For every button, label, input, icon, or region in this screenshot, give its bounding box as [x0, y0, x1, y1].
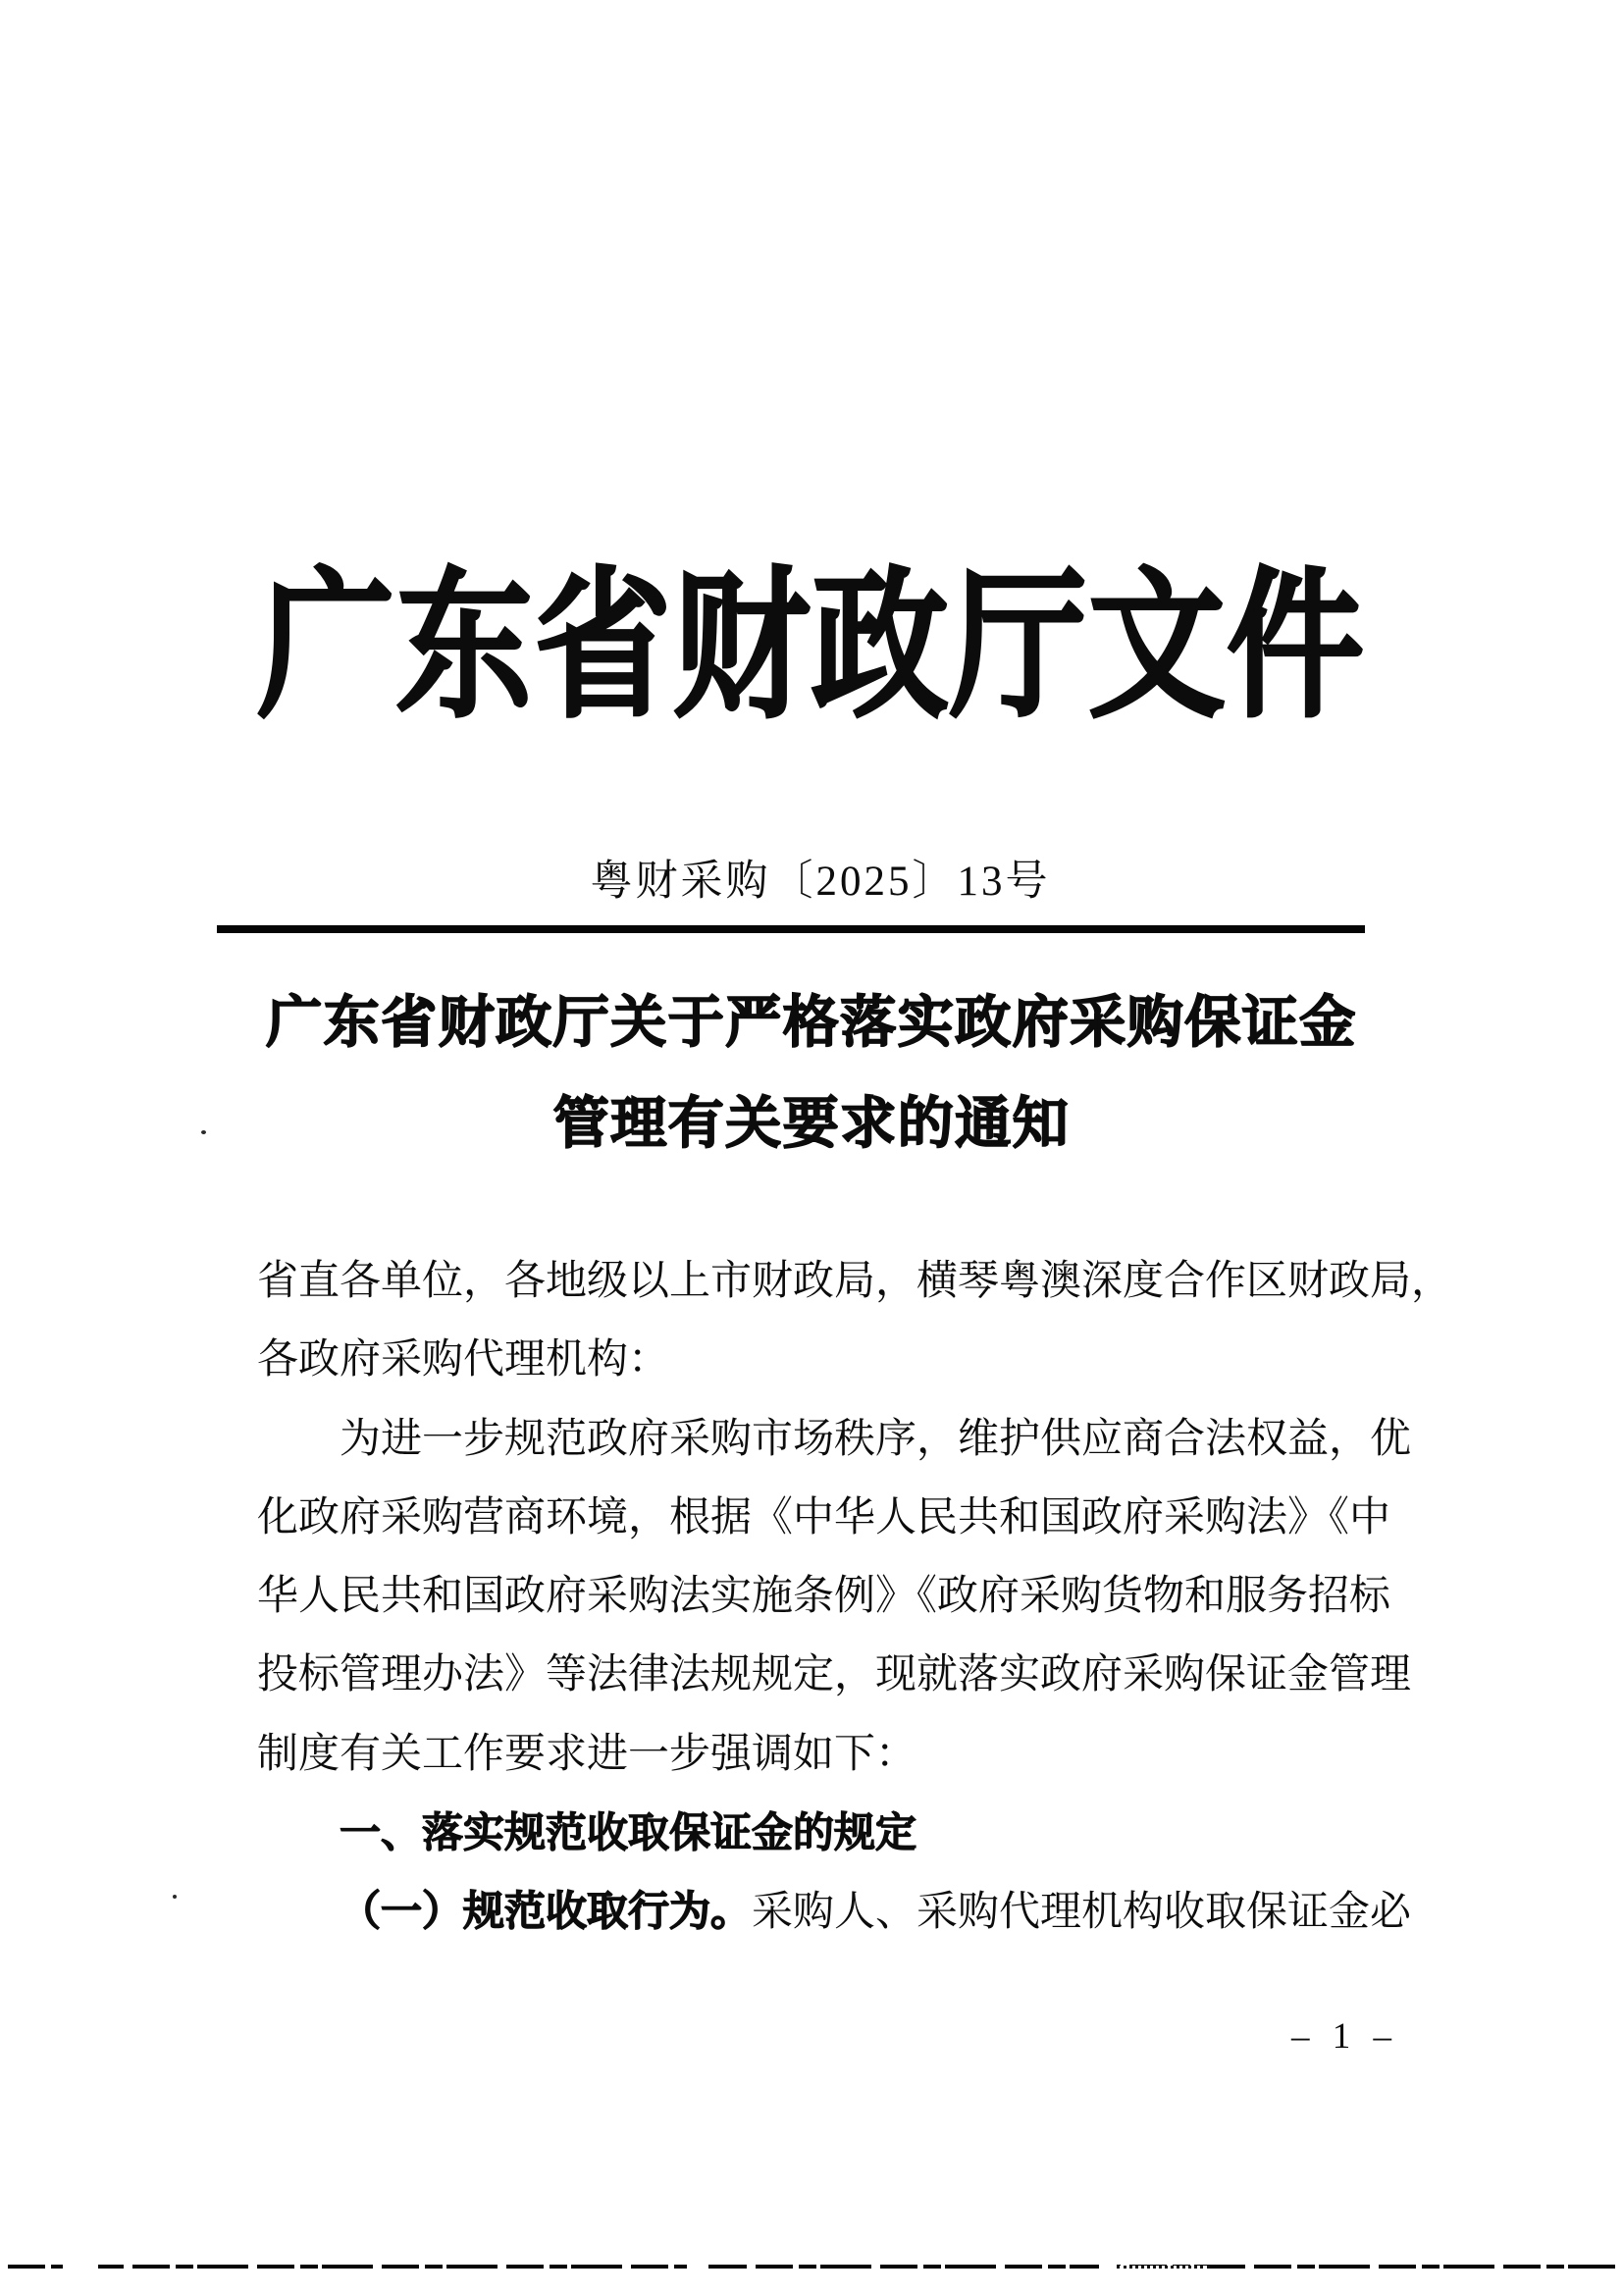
- scan-speck: [173, 1895, 177, 1899]
- notice-title-line1: 广东省财政厅关于严格落实政府采购保证金: [0, 972, 1623, 1073]
- body-line: 为进一步规范政府采购市场秩序，维护供应商合法权益，优: [257, 1400, 1376, 1479]
- document-number: 粤财采购〔2025〕13号: [18, 857, 1623, 908]
- body-line: 华人民共和国政府采购法实施条例》《政府采购货物和服务招标: [257, 1557, 1376, 1636]
- body-line-segment: 一、落实规范收取保证金的规定: [340, 1809, 916, 1855]
- page-edge-gap: [1099, 2262, 1117, 2271]
- notice-title-line2: 管理有关要求的通知: [0, 1073, 1623, 1174]
- scan-speck: [201, 1130, 206, 1134]
- letterhead-title-text: 广东省财政厅文件: [258, 555, 1366, 742]
- page-edge-dots: [1117, 2266, 1210, 2269]
- body-line-segment: （一）规范收取行为。: [340, 1890, 752, 1935]
- body-line-segment: 化政府采购营商环境，根据《中华人民共和国政府采购法》《中: [257, 1495, 1390, 1540]
- body-line: （一）规范收取行为。采购人、采购代理机构收取保证金必: [257, 1873, 1376, 1952]
- body-line-segment: 各政府采购代理机构：: [257, 1337, 669, 1383]
- body-line: 化政府采购营商环境，根据《中华人民共和国政府采购法》《中: [257, 1479, 1376, 1557]
- page-edge-gap: [687, 2262, 708, 2271]
- body-line: 各政府采购代理机构：: [257, 1321, 1376, 1399]
- scanned-document-page: 广东省财政厅文件 粤财采购〔2025〕13号 广东省财政厅关于严格落实政府采购保…: [0, 0, 1623, 2296]
- body-line-segment: 投标管理办法》等法律法规规定，现就落实政府采购保证金管理: [257, 1652, 1411, 1697]
- page-edge-gap: [63, 2262, 98, 2271]
- body-line-segment: 华人民共和国政府采购法实施条例》《政府采购货物和服务招标: [257, 1574, 1390, 1619]
- body-line-segment: 为进一步规范政府采购市场秩序，维护供应商合法权益，优: [340, 1417, 1411, 1462]
- letterhead-title: 广东省财政厅文件: [0, 555, 1623, 742]
- body-line: 省直各单位，各地级以上市财政局，横琴粤澳深度合作区财政局，: [257, 1242, 1376, 1321]
- body-line-segment: 采购人、采购代理机构收取保证金必: [752, 1890, 1411, 1935]
- body-line-segment: 制度有关工作要求进一步强调如下：: [257, 1732, 916, 1777]
- body-text: 省直各单位，各地级以上市财政局，横琴粤澳深度合作区财政局，各政府采购代理机构：为…: [257, 1242, 1376, 1953]
- body-line-segment: 省直各单位，各地级以上市财政局，横琴粤澳深度合作区财政局，: [257, 1259, 1452, 1304]
- body-line: 投标管理办法》等法律法规规定，现就落实政府采购保证金管理: [257, 1636, 1376, 1714]
- body-line: 制度有关工作要求进一步强调如下：: [257, 1715, 1376, 1794]
- notice-title: 广东省财政厅关于严格落实政府采购保证金 管理有关要求的通知: [0, 972, 1623, 1174]
- letterhead-rule: [217, 925, 1365, 933]
- page-number: – 1 –: [1291, 2015, 1398, 2059]
- body-line: 一、落实规范收取保证金的规定: [257, 1794, 1376, 1873]
- page-edge-artifact: [8, 2265, 1615, 2269]
